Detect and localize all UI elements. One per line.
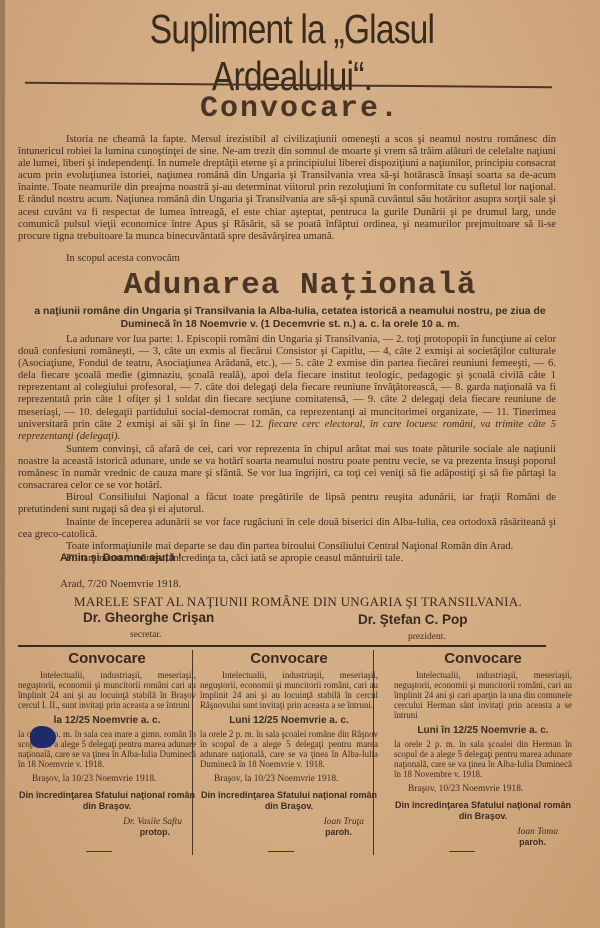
subheadline: a naţiunii române din Ungaria şi Transil…	[20, 305, 560, 331]
column-authority: Din încredinţarea Sfatului naţional româ…	[200, 790, 378, 812]
column-details: la orele 2 p. m. în sala şcoalei române …	[200, 729, 378, 769]
paragraph: Biroul Consiliului Naţional a făcut toat…	[18, 492, 556, 516]
column-body: Intelectualii, industriaşii, meseriaşii,…	[394, 670, 572, 720]
column-end-dash	[86, 851, 112, 852]
column-title: Convocare	[394, 650, 572, 667]
column-body: Intelectualii, industriaşii, meseriaşii,…	[200, 670, 378, 710]
newspaper-supplement-page: Supliment la „Glasul Ardealului“. Convoc…	[0, 0, 600, 928]
intro-paragraph: Istoria ne cheamă la fapte. Mersul irezi…	[18, 134, 556, 243]
signatory-name: Dr. Ştefan C. Pop	[358, 612, 468, 627]
column-authority: Din încredinţarea Sfatului naţional româ…	[18, 790, 196, 812]
column-end-dash	[268, 851, 294, 852]
column-details: la orele 2 p. m. în sala şcoalei din Her…	[394, 739, 572, 779]
section-rule	[18, 645, 546, 647]
council-name: MARELE SFAT AL NAŢIUNII ROMÂNE DIN UNGAR…	[38, 594, 558, 610]
paragraph: Inainte de începerea adunării se vor fac…	[18, 517, 556, 541]
column-authority: Din încredinţarea Sfatului naţional româ…	[394, 800, 572, 822]
convocation-column: Convocare Intelectualii, industriaşii, m…	[200, 650, 378, 837]
column-title: Convocare	[200, 650, 378, 667]
column-place-date: Braşov, 10/23 Noemvrie 1918.	[408, 784, 572, 794]
body-paragraphs: Suntem convinşi, că afară de cei, cari v…	[18, 444, 556, 565]
column-date-heading: Luni 12/25 Noemvrie a. c.	[200, 715, 378, 726]
column-signer: Dr. Vasile Saftu	[18, 817, 196, 827]
signatory-name: Dr. Gheorghe Crişan	[83, 610, 214, 625]
paragraph: Suntem convinşi, că afară de cei, cari v…	[18, 444, 556, 492]
column-signer-role: paroh.	[394, 837, 572, 847]
headline: Adunarea Naţională	[0, 268, 600, 303]
signatory-role: secretar.	[130, 630, 161, 640]
participants-text: La adunare vor lua parte: 1. Episcopii r…	[18, 334, 556, 430]
column-body: Intelectualii, industriaşii, meseriaşii,…	[18, 670, 196, 710]
column-place-date: Braşov, la 10/23 Noemvrie 1918.	[214, 774, 378, 784]
column-title: Convocare	[18, 650, 196, 667]
column-date-heading: la 12/25 Noemvrie a. c.	[18, 715, 196, 726]
signatory-role: prezident.	[408, 632, 446, 642]
column-place-date: Braşov, la 10/23 Noemvrie 1918.	[32, 774, 196, 784]
convene-line: In scopul acesta convocăm	[18, 253, 556, 265]
dateline: Arad, 7/20 Noemvrie 1918.	[60, 578, 181, 590]
convocation-column: Convocare Intelectualii, industriaşii, m…	[394, 650, 572, 847]
page-title: Convocare.	[0, 92, 600, 126]
page-edge	[0, 0, 5, 928]
column-end-dash	[449, 851, 475, 852]
column-signer-role: protop.	[18, 827, 196, 837]
column-date-heading: Luni în 12/25 Noemvrie a. c.	[394, 725, 572, 736]
participants-paragraph: La adunare vor lua parte: 1. Episcopii r…	[18, 334, 556, 443]
ink-stain	[30, 726, 56, 748]
closing-blessing: Amin şi Doamne ajută !	[60, 552, 182, 564]
column-signer: Ioan Toma	[394, 827, 572, 837]
column-signer-role: paroh.	[200, 827, 378, 837]
column-signer: Ioan Truţa	[200, 817, 378, 827]
